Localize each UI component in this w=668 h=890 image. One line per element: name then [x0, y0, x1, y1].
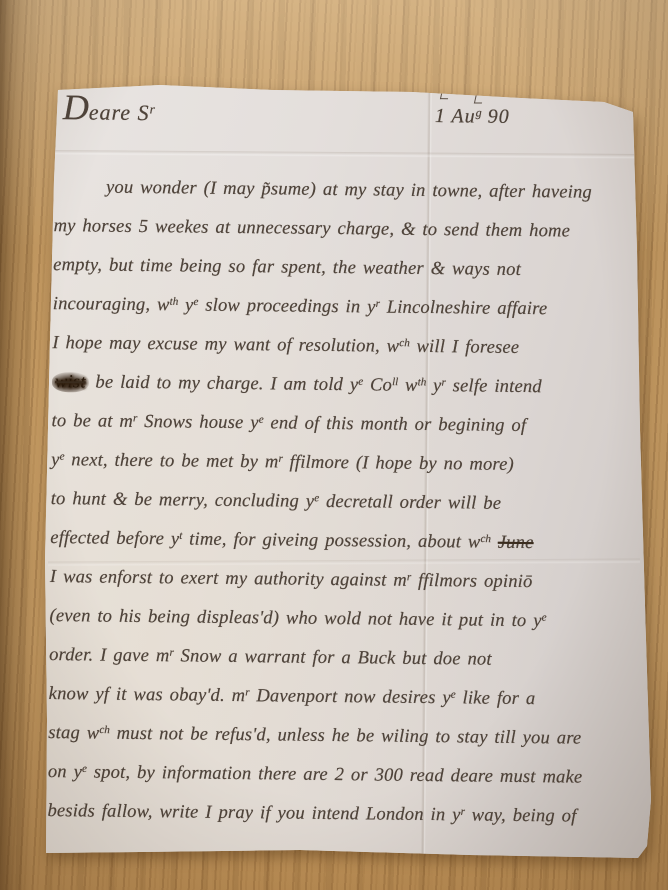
letter-line: you wonder (I may p̃sume) at my stay in … [54, 177, 636, 207]
text-segment: ch [399, 337, 410, 349]
text-segment: Lincolneshire affaire [380, 297, 548, 319]
text-segment: end of this month or begining of [264, 413, 527, 436]
text-segment: time, for giveing possession, about w [182, 529, 480, 552]
paper-shadow-wrap: Deare Sr 1 Aug 90 you wonder (I may p̃su… [0, 0, 668, 890]
text-segment: to be at m [51, 411, 133, 432]
text-segment: decretall order will be [319, 492, 501, 514]
struck-out-word: wist [52, 372, 89, 392]
letter-line: incouraging, wth ye slow proceedings in … [53, 294, 635, 324]
pen-mark [474, 93, 484, 103]
text-segment: Davenport now desires y [249, 686, 450, 708]
text-segment: incouraging, w [53, 294, 170, 315]
letter-body: you wonder (I may p̃sume) at my stay in … [47, 177, 636, 831]
letter-line: to hunt & be merry, concluding ye decret… [51, 489, 633, 519]
struck-out-word: June [498, 533, 534, 553]
letter-line: to be at mr Snows house ye end of this m… [51, 411, 633, 441]
text-segment: Snow a warrant for a Buck but doe not [174, 646, 492, 669]
date-day: 1 [435, 105, 446, 127]
text-segment: on y [48, 762, 82, 782]
text-segment: ffilmors opiniō [411, 571, 533, 592]
text-segment: effected before y [50, 528, 179, 549]
text-segment: to hunt & be merry, concluding y [51, 489, 315, 512]
letter-line: my horses 5 weekes at unnecessary charge… [53, 216, 635, 246]
salutation-text: eare S [89, 99, 150, 125]
text-segment: way, being of [465, 805, 577, 826]
text-segment: my horses 5 weekes at unnecessary charge… [54, 216, 571, 241]
text-segment: e [542, 612, 547, 624]
text-segment: ch [480, 533, 491, 545]
text-segment: Snows house y [137, 412, 259, 433]
salutation-superscript: r [150, 101, 155, 116]
text-segment: will I foresee [410, 337, 520, 358]
handwritten-letter: Deare Sr 1 Aug 90 you wonder (I may p̃su… [0, 0, 668, 890]
pen-mark [440, 89, 450, 99]
text-segment: w [398, 376, 418, 396]
text-segment: ffilmore (I hope by no more) [283, 452, 514, 474]
date-month: Au [451, 105, 475, 127]
text-segment: selfe intend [446, 376, 542, 397]
text-segment: spot, by information there are 2 or 300 … [87, 762, 583, 787]
flourished-initial: D [63, 87, 89, 127]
text-segment: Co [363, 375, 392, 395]
text-segment: y [178, 295, 193, 315]
letter-line: on ye spot, by information there are 2 o… [48, 762, 630, 792]
text-segment: y [426, 376, 441, 396]
letter-line: I was enforst to exert my authority agai… [50, 567, 632, 597]
salutation: Deare Sr [63, 97, 155, 126]
text-segment: next, there to be met by m [64, 450, 278, 472]
text-segment: like for a [456, 688, 536, 709]
text-segment: you wonder (I may p̃sume) at my stay in … [106, 178, 592, 203]
letter-line: order. I gave mr Snow a warrant for a Bu… [49, 645, 631, 675]
date-year: 90 [488, 106, 510, 128]
text-segment: be laid to my charge. I am told y [89, 372, 359, 395]
letter-line: (even to his being displeas'd) who wold … [49, 606, 631, 636]
letter-line: know yf it was obay'd. mr Davenport now … [49, 684, 631, 714]
text-segment: ch [99, 724, 110, 736]
text-segment: know yf it was obay'd. m [49, 684, 246, 706]
letter-line: ye next, there to be met by mr ffilmore … [51, 450, 633, 480]
letter-line: empty, but time being so far spent, the … [53, 255, 635, 285]
letter-date: 1 Aug 90 [435, 105, 510, 129]
letter-paper: Deare Sr 1 Aug 90 you wonder (I may p̃su… [0, 0, 668, 890]
text-segment: besids fallow, write I pray if you inten… [47, 801, 460, 825]
text-segment: empty, but time being so far spent, the … [53, 255, 521, 280]
text-segment: I was enforst to exert my authority agai… [50, 567, 407, 591]
text-segment: (even to his being displeas'd) who wold … [49, 606, 541, 631]
text-segment: must not be refus'd, unless he be wiling… [110, 724, 582, 749]
text-segment: slow proceedings in y [198, 296, 375, 318]
letter-line: besids fallow, write I pray if you inten… [47, 801, 629, 831]
text-segment: order. I gave m [49, 645, 170, 666]
letter-line: wist be laid to my charge. I am told ye … [52, 372, 634, 402]
text-segment: stag w [48, 723, 99, 744]
wood-table-background: Deare Sr 1 Aug 90 you wonder (I may p̃su… [0, 0, 668, 890]
letter-line: stag wch must not be refus'd, unless he … [48, 723, 630, 753]
text-segment: I hope may excuse my want of resolution,… [52, 333, 399, 357]
letter-line: effected before yt time, for giveing pos… [50, 528, 632, 558]
letter-line: I hope may excuse my want of resolution,… [52, 333, 634, 363]
date-month-superscript: g [476, 105, 482, 119]
